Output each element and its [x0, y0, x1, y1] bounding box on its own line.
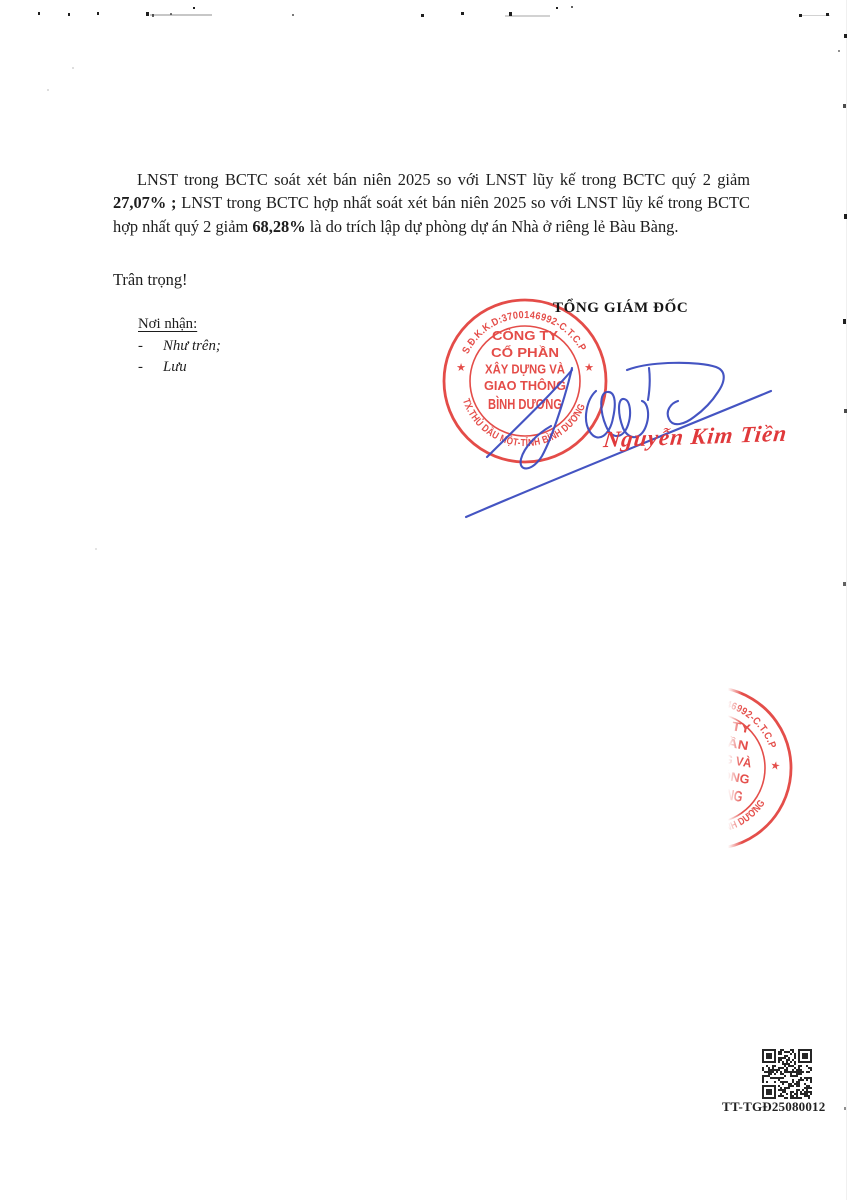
- signer-title: TỔNG GIÁM ĐỐC: [553, 300, 688, 317]
- document-code: TT-TGĐ25080012: [722, 1099, 825, 1115]
- recipients-block: Nơi nhận: - Như trên; - Lưu: [138, 316, 221, 380]
- body-paragraph: LNST trong BCTC soát xét bán niên 2025 s…: [113, 168, 750, 238]
- stamp-center-line: BÌNH DƯƠNG: [488, 396, 562, 413]
- partial-company-seal-stamp: S.Đ.K.K.D:3700146992-C.T.C.P TX.THỦ DẦU …: [724, 684, 800, 850]
- svg-text:★: ★: [769, 760, 781, 774]
- qr-code: [762, 1049, 812, 1099]
- list-dash: -: [138, 338, 163, 355]
- recipient-label: Lưu: [163, 359, 187, 376]
- star-icon: ★: [456, 362, 466, 374]
- scan-edge-line: [846, 0, 847, 1200]
- recipient-label: Như trên;: [163, 338, 221, 355]
- scanned-document-page: LNST trong BCTC soát xét bán niên 2025 s…: [0, 0, 848, 1200]
- signer-name-script: Nguyễn Kim Tiền: [602, 421, 788, 453]
- list-dash: -: [138, 359, 163, 376]
- stamp-center-line: XÂY DỰNG VÀ: [485, 362, 565, 377]
- recipients-title: Nơi nhận:: [138, 316, 221, 333]
- stamp-center-line: CỔ PHẦN: [491, 345, 559, 360]
- stamp-center-line: CÔNG TY: [492, 328, 559, 343]
- closing-text: Trân trọng!: [113, 270, 188, 290]
- recipient-item: - Như trên;: [138, 338, 221, 355]
- star-icon: ★: [584, 362, 594, 374]
- recipient-item: - Lưu: [138, 359, 221, 376]
- stamp-center-line: GIAO THÔNG: [484, 378, 566, 393]
